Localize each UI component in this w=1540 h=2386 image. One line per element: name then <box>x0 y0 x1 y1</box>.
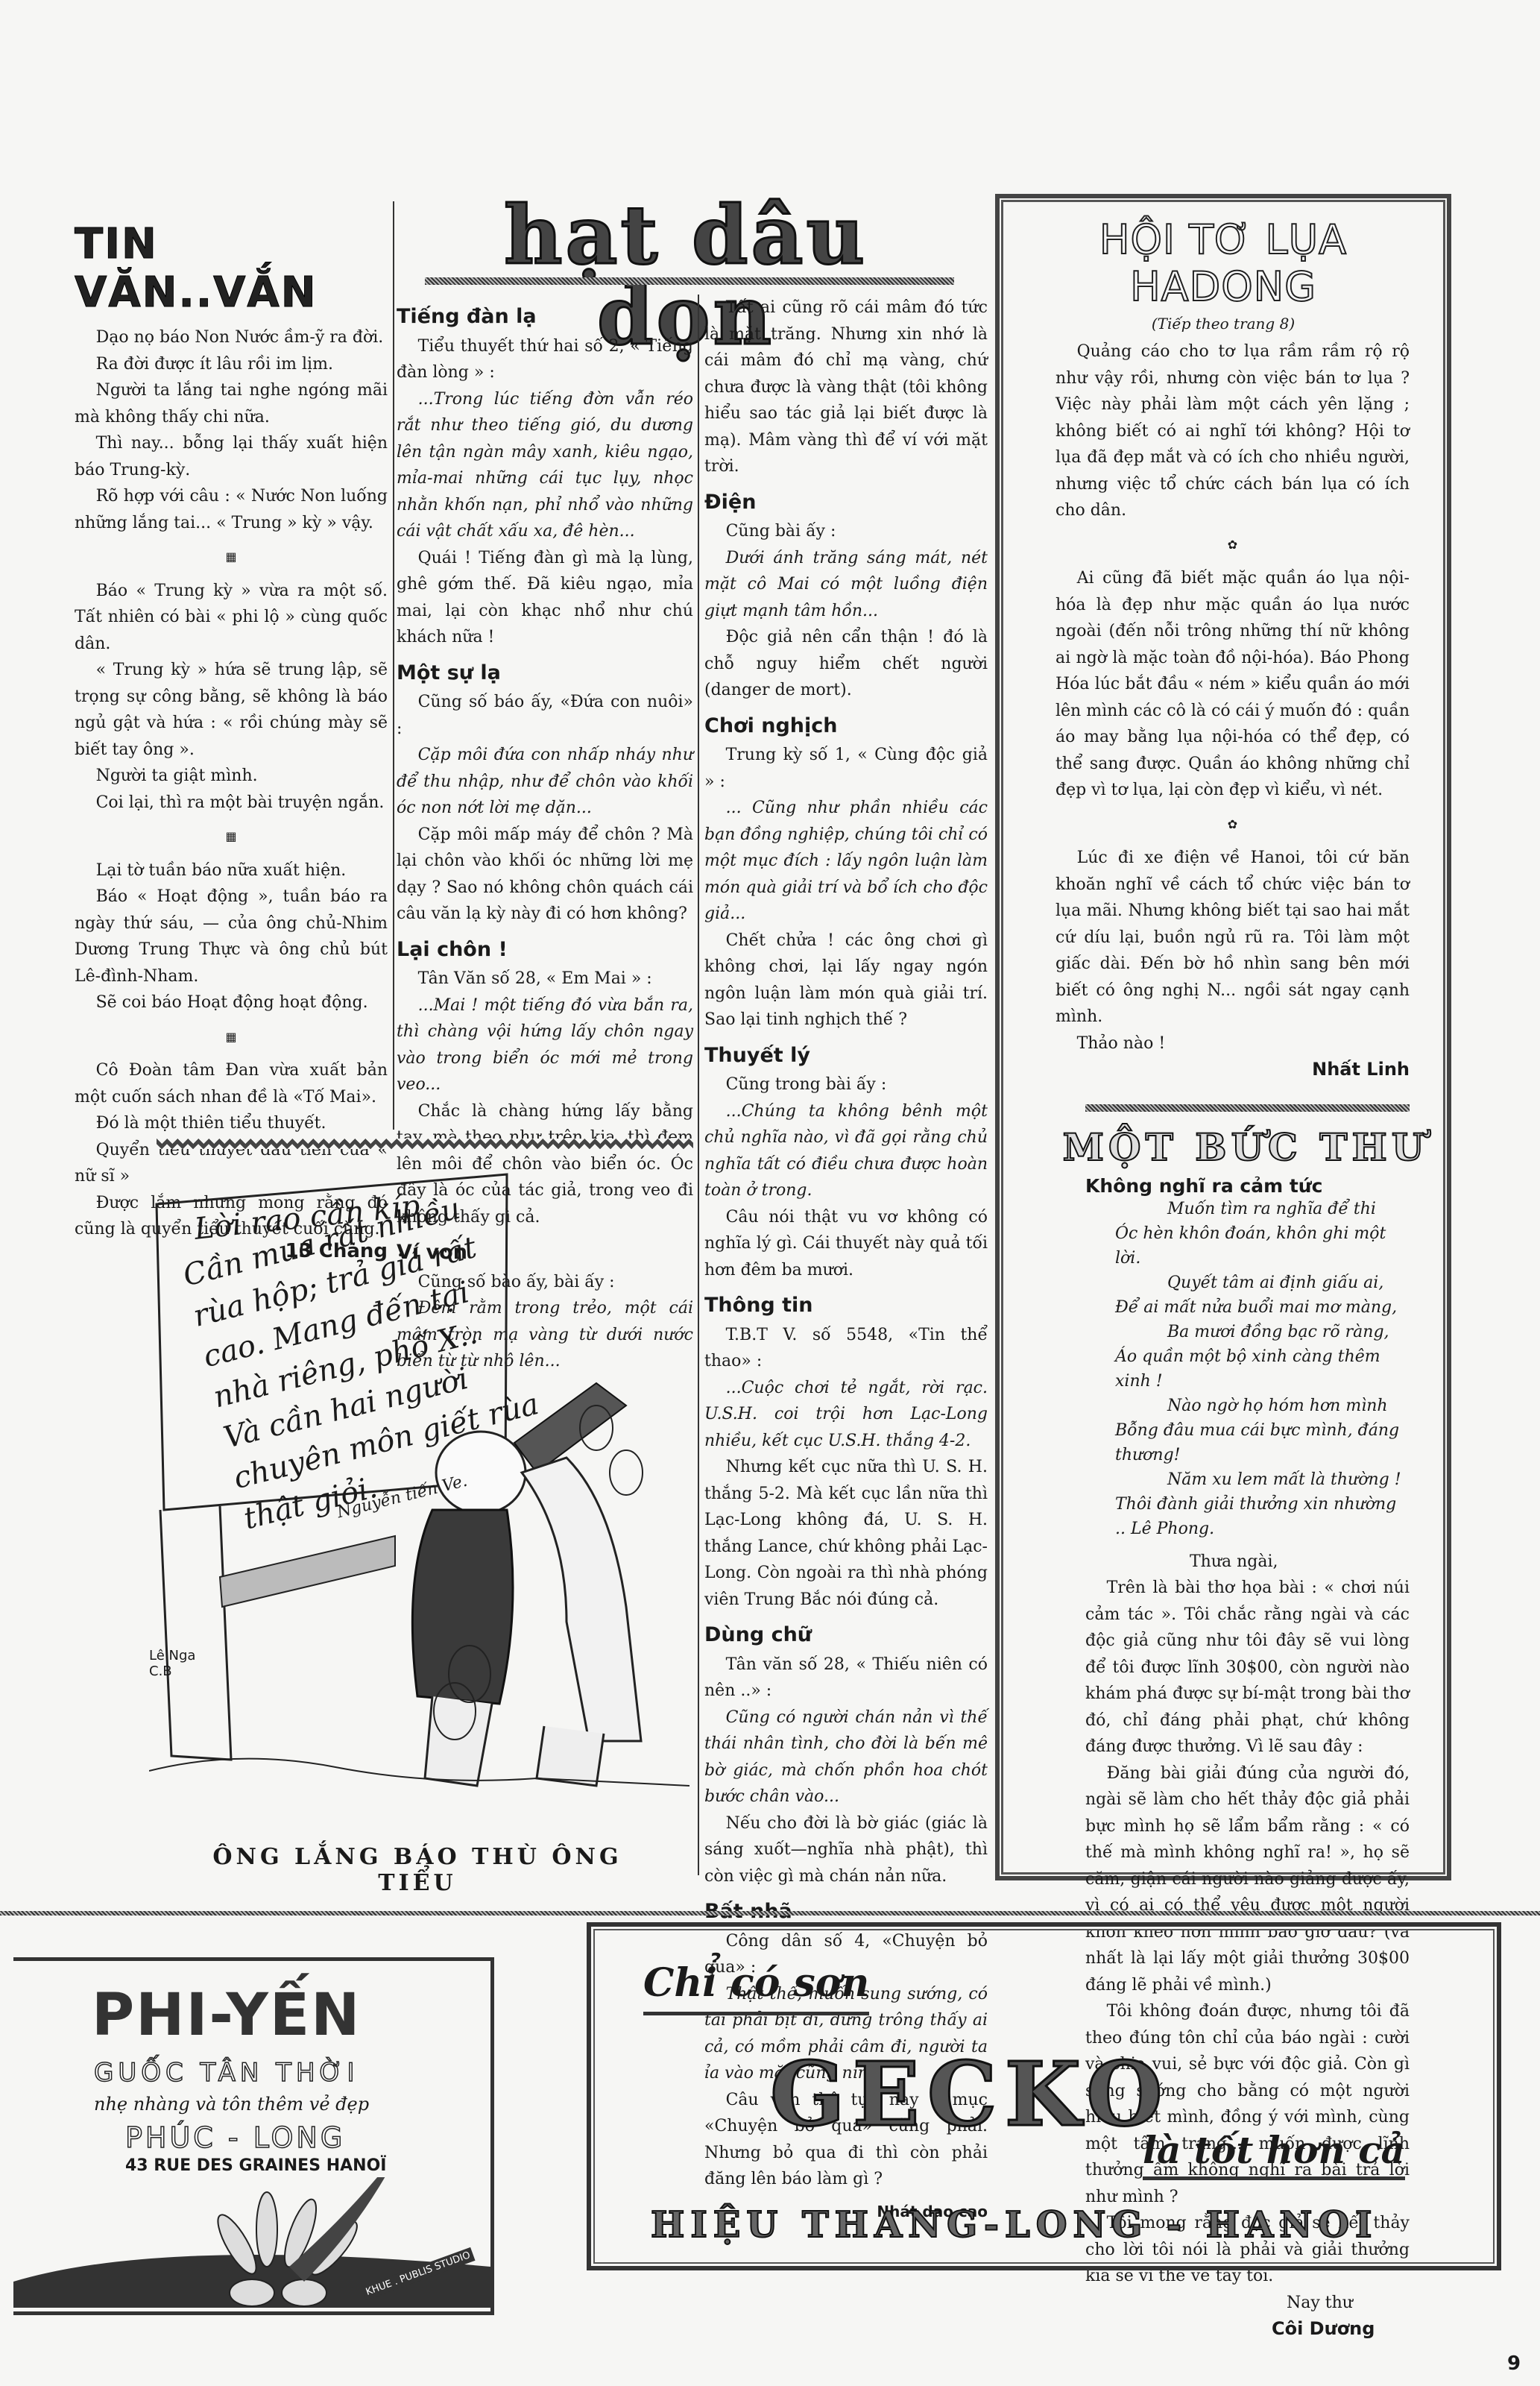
tin-van-van-title: TIN VĂN..VẮN <box>75 220 388 317</box>
continued-note: (Tiếp theo trang 8) <box>1000 315 1447 333</box>
section-heading: Dùng chữ <box>704 1622 988 1649</box>
ornament-icon: ▦ <box>75 823 388 850</box>
section-comment: Câu nói thật vu vơ không có nghĩa lý gì.… <box>704 1204 988 1284</box>
paragraph: Báo « Hoạt động », tuần báo ra ngày thứ … <box>75 884 388 989</box>
section-quote: ...Chúng ta không bênh một chủ nghĩa nào… <box>704 1098 988 1204</box>
zigzag-divider <box>157 1139 693 1149</box>
gecko-ad: Chỉ có sơn GECKO là tốt hơn cả HIỆU THAN… <box>587 1922 1501 2270</box>
section-quote: ... Cũng như phần nhiều các bạn đồng ngh… <box>704 795 988 928</box>
shoes-illustration <box>13 2177 490 2308</box>
poem-line: Năm xu lem mất là thường ! <box>1085 1467 1410 1492</box>
poem-line: Quyết tâm ai định giấu ai, <box>1085 1271 1410 1295</box>
section-comment: Quái ! Tiếng đàn gì mà lạ lùng, ghê gớm … <box>397 545 693 651</box>
section-heading: Một sự lạ <box>397 660 693 687</box>
bottom-rule <box>0 1911 1540 1916</box>
section-heading: Điện <box>704 489 988 516</box>
tin-van-van-body: Dạo nọ báo Non Nước ầm-ỹ ra đời. Ra đời … <box>75 324 388 1265</box>
paragraph: Coi lại, thì ra một bài truyện ngắn. <box>75 790 388 816</box>
section-comment: Nếu cho đời là bờ giác (giác là sáng xuố… <box>704 1810 988 1890</box>
section-intro: Tân Văn số 28, « Em Mai » : <box>397 966 693 992</box>
paragraph: Rõ hợp với câu : « Nước Non luống những … <box>75 483 388 536</box>
section-comment: Nhưng kết cục nữa thì U. S. H. thắng 5-2… <box>704 1454 988 1613</box>
section-quote: ...Cuộc chơi tẻ ngắt, rời rạc. U.S.H. co… <box>704 1375 988 1455</box>
cartoon-caption: ÔNG LẮNG BÁO THÙ ÔNG TIỂU <box>179 1844 656 1896</box>
ornament-icon: ✿ <box>1055 811 1410 838</box>
paragraph: Lại tờ tuần báo nữa xuất hiện. <box>75 857 388 884</box>
section-intro: Trung kỳ số 1, « Cùng độc giả » : <box>704 742 988 795</box>
ad-line1: Chỉ có sơn <box>643 1960 869 2015</box>
section-intro: Tiểu thuyết thứ hai số 2, « Tiếng đàn lò… <box>397 333 693 386</box>
section-heading: Thuyết lý <box>704 1042 988 1069</box>
hoi-to-lua-body: Quảng cáo cho tơ lụa rầm rầm rộ rộ như v… <box>1055 339 1410 1083</box>
poem-heading: Không nghĩ ra cảm tức <box>1085 1175 1410 1197</box>
page-number: 9 <box>1507 2352 1521 2375</box>
mot-buc-thu-title: MỘT BỨC THƯ <box>1000 1125 1447 1169</box>
hoi-to-lua-box: HỘI TƠ LỤA HADONG (Tiếp theo trang 8) Qu… <box>995 194 1451 1880</box>
paragraph: Cô Đoàn tâm Đan vừa xuất bản một cuốn sá… <box>75 1057 388 1110</box>
section-comment: Chết chửa ! các ông chơi gì không chơi, … <box>704 928 988 1033</box>
section-comment: Cặp môi mấp máy để chôn ? Mà lại chôn và… <box>397 822 693 928</box>
poem-line: Ba mươi đồng bạc rõ ràng, <box>1085 1320 1410 1344</box>
poem-line: Óc hèn khôn đoán, khôn ghi một lời. <box>1085 1221 1410 1271</box>
ad-shop: PHÚC - LONG <box>125 2121 345 2154</box>
paragraph: Quảng cáo cho tơ lụa rầm rầm rộ rộ như v… <box>1055 339 1410 524</box>
paragraph: Người ta giật mình. <box>75 763 388 790</box>
cartoon: Lời rao cần kíp Cần mua rất nhiều rùa hộ… <box>149 1159 689 1890</box>
section-intro: Cũng bài ấy : <box>704 518 988 545</box>
paragraph: Báo « Trung kỳ » vừa ra một số. Tất nhiê… <box>75 578 388 658</box>
ad-line1: GUỐC TÂN THỜI <box>94 2058 359 2088</box>
paragraph: Dạo nọ báo Non Nước ầm-ỹ ra đời. <box>75 324 388 351</box>
ornament-icon: ▦ <box>75 544 388 570</box>
section-comment: Độc giả nên cẩn thận ! đó là chỗ nguy hi… <box>704 624 988 704</box>
section-heading: Chơi nghịch <box>704 713 988 740</box>
paragraph: Ra đời được ít lâu rồi im lịm. <box>75 351 388 378</box>
tin-van-van-column: TIN VĂN..VẮN Dạo nọ báo Non Nước ầm-ỹ ra… <box>75 220 388 1265</box>
phi-yen-ad: PHI-YẾN GUỐC TÂN THỜI nhẹ nhàng và tôn t… <box>13 1957 494 2315</box>
paragraph: Người ta lắng tai nghe ngóng mãi mà khôn… <box>75 377 388 430</box>
ad-brand: PHI-YẾN <box>92 1982 361 2049</box>
paragraph: Thì nay... bỗng lại thấy xuất hiện báo T… <box>75 430 388 483</box>
ornament-icon: ▦ <box>75 1024 388 1051</box>
poem-line: Bỗng đâu mua cái bực mình, đáng thương! <box>1085 1418 1410 1467</box>
title-rule <box>425 277 954 285</box>
ad-line2: nhẹ nhàng và tôn thêm vẻ đẹp <box>94 2094 369 2115</box>
poem-line: Áo quần một bộ xinh càng thêm xinh ! <box>1085 1344 1410 1394</box>
section-intro: Cũng trong bài ấy : <box>704 1071 988 1098</box>
section-intro: Tân văn số 28, « Thiếu niên có nên ..» : <box>704 1652 988 1704</box>
signature: Nhất Linh <box>1055 1057 1410 1083</box>
paragraph: Sẽ coi báo Hoạt động hoạt động. <box>75 989 388 1016</box>
poem-line: Thôi đành giải thưởng xin nhường .. Lê P… <box>1085 1492 1410 1541</box>
signature: Côi Dương <box>1085 2316 1410 2343</box>
section-quote: Cũng có người chán nản vì thế thái nhân … <box>704 1704 988 1810</box>
ad-footer: HIỆU THANG-LONG - HANOI <box>651 2204 1378 2246</box>
section-rule <box>1085 1104 1410 1112</box>
paragraph: Lúc đi xe điện về Hanoi, tôi cứ băn khoă… <box>1055 845 1410 1030</box>
salutation: Thưa ngài, <box>1085 1549 1410 1576</box>
paragraph: Ai cũng đã biết mặc quần áo lụa nội-hóa … <box>1055 565 1410 804</box>
ad-address: 43 RUE DES GRAINES HANOÏ <box>125 2156 386 2175</box>
paragraph: « Trung kỳ » hứa sẽ trung lập, sẽ trọng … <box>75 657 388 763</box>
section-intro: T.B.T V. số 5548, «Tin thể thao» : <box>704 1322 988 1375</box>
section-quote: ...Trong lúc tiếng đờn vẫn réo rắt như t… <box>397 386 693 545</box>
section-intro: Cũng số báo ấy, «Đứa con nuôi» : <box>397 689 693 742</box>
poem-line: Muốn tìm ra nghĩa để thi <box>1085 1197 1410 1221</box>
section-quote: Cặp môi đứa con nhấp nháy như để thu nhậ… <box>397 742 693 822</box>
paragraph: Đó là một thiên tiểu thuyết. <box>75 1110 388 1137</box>
poem: Muốn tìm ra nghĩa để thi Óc hèn khôn đoá… <box>1085 1197 1410 1541</box>
lead-paragraph: Tất ai cũng rõ cái mâm đó tức là mặt tră… <box>704 295 988 480</box>
ad-line2: là tốt hơn cả <box>1143 2128 1405 2180</box>
poem-line: Nào ngờ họ hóm hơn mình <box>1085 1394 1410 1418</box>
column-divider <box>393 201 394 1130</box>
ad-brand: GECKO <box>770 2042 1170 2146</box>
column-divider <box>698 295 699 1875</box>
section-heading: Tiếng đàn lạ <box>397 303 693 330</box>
section-quote: ...Mai ! một tiếng đó vừa bắn ra, thì ch… <box>397 992 693 1098</box>
closing: Nay thư <box>1085 2290 1410 2317</box>
section-heading: Lại chôn ! <box>397 937 693 963</box>
poem-line: Để ai mất nửa buổi mai mơ màng, <box>1085 1295 1410 1320</box>
ornament-icon: ✿ <box>1055 532 1410 558</box>
paragraph: Thảo nào ! <box>1055 1030 1410 1057</box>
section-heading: Thông tin <box>704 1292 988 1319</box>
artist-signature: Lê Nga C.B <box>149 1648 209 1679</box>
hoi-to-lua-title: HỘI TƠ LỤA HADONG <box>1000 216 1447 310</box>
paragraph: Trên là bài thơ họa bài : « chơi núi cảm… <box>1085 1575 1410 1760</box>
section-quote: Dưới ánh trăng sáng mát, nét mặt cô Mai … <box>704 545 988 625</box>
